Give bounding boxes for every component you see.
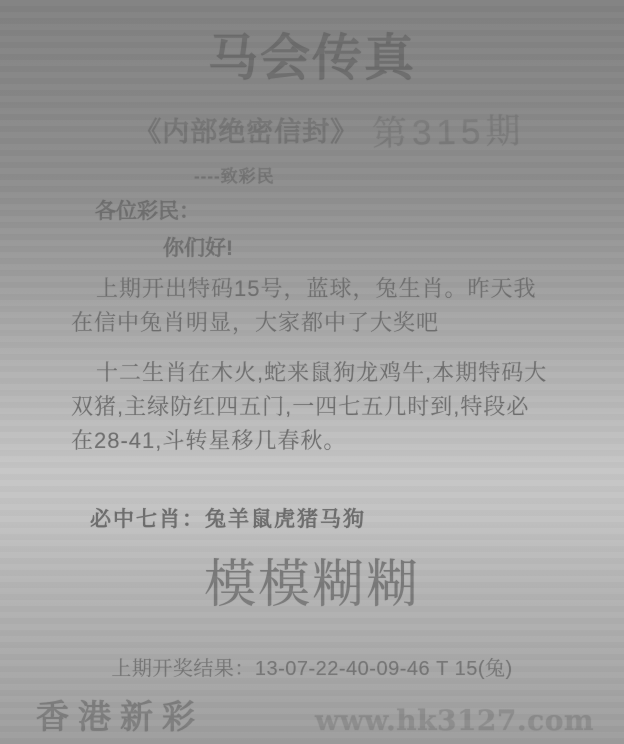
envelope-label: 《内部绝密信封》: [134, 110, 358, 154]
salutation: 各位彩民：: [95, 195, 200, 225]
paragraph-line: 在28-41,斗转星移几春秋。: [71, 424, 586, 458]
page-title: 马会传真: [0, 30, 624, 85]
paragraph-line: 双猪,主绿防红四五门,一四七五几时到,特段必: [71, 390, 586, 424]
dedication-line: ----致彩民: [194, 162, 275, 187]
paragraph-last-draw-recap: 上期开出特码15号，蓝球，兔生肖。昨天我 在信中兔肖明显，大家都中了大奖吧: [71, 272, 586, 340]
paragraph-line: 十二生肖在木火,蛇来鼠狗龙鸡牛,本期特码大: [71, 356, 586, 390]
issue-number: 第315期: [372, 109, 526, 158]
greeting: 你们好!: [163, 232, 233, 262]
paragraph-current-tips: 十二生肖在木火,蛇来鼠狗龙鸡牛,本期特码大 双猪,主绿防红四五门,一四七五几时到…: [71, 356, 586, 458]
brand-watermark: 香港新彩: [36, 699, 204, 735]
issue-row: 《内部绝密信封》 第315期: [0, 110, 624, 156]
paragraph-line: 上期开出特码15号，蓝球，兔生肖。昨天我: [71, 272, 586, 306]
last-draw-results: 上期开奖结果：13-07-22-40-09-46 T 15(兔): [0, 652, 624, 681]
seven-zodiac-picks: 必中七肖：兔羊鼠虎猪马狗: [90, 503, 366, 533]
website-watermark: www.hk3127.com: [315, 704, 594, 737]
big-stamp-text: 模模糊糊: [0, 554, 624, 616]
paragraph-line: 在信中兔肖明显，大家都中了大奖吧: [71, 306, 586, 340]
fax-sheet: 马会传真 《内部绝密信封》 第315期 ----致彩民 各位彩民： 你们好! 上…: [0, 0, 624, 744]
